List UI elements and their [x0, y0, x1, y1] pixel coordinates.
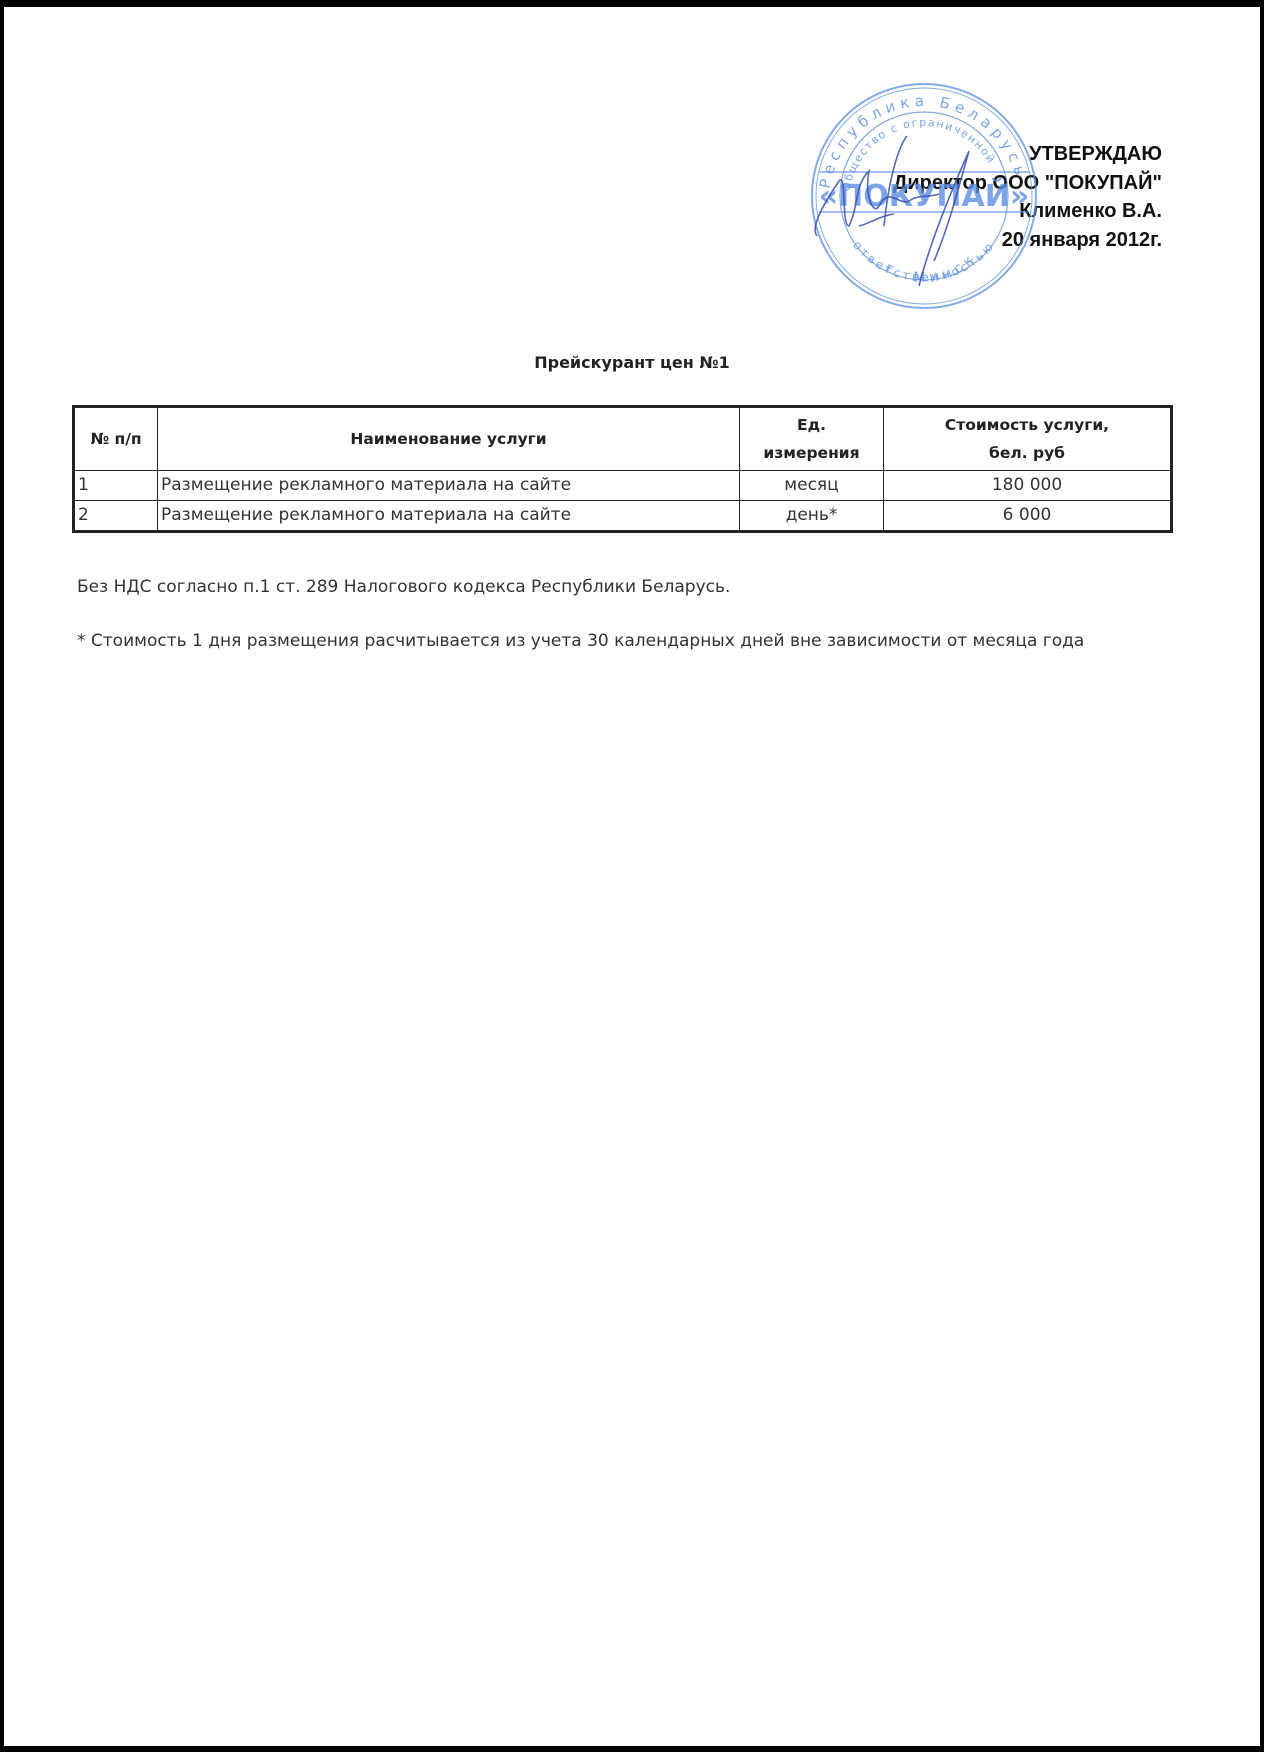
header-cost-line1: Стоимость услуги, [887, 411, 1167, 439]
vat-note: Без НДС согласно п.1 ст. 289 Налогового … [77, 572, 1177, 602]
table-header-row: № п/п Наименование услуги Ед. измерения … [74, 407, 1172, 471]
approval-date: 20 января 2012г. [893, 226, 1162, 255]
notes-section: Без НДС согласно п.1 ст. 289 Налогового … [77, 572, 1177, 680]
svg-text:г. Минск: г. Минск [882, 249, 981, 286]
table-row: 2 Размещение рекламного материала на сай… [74, 501, 1172, 532]
row-unit: день* [740, 501, 884, 532]
header-unit-line2: измерения [743, 439, 880, 467]
row-service-name: Размещение рекламного материала на сайте [158, 501, 740, 532]
row-number: 2 [74, 501, 158, 532]
header-unit: Ед. измерения [740, 407, 884, 471]
document-page: УТВЕРЖДАЮ Директор ООО "ПОКУПАЙ" Клименк… [4, 7, 1260, 1746]
approval-heading: УТВЕРЖДАЮ [893, 140, 1162, 169]
approval-block: УТВЕРЖДАЮ Директор ООО "ПОКУПАЙ" Клименк… [893, 140, 1162, 254]
table-row: 1 Размещение рекламного материала на сай… [74, 471, 1172, 501]
price-table: № п/п Наименование услуги Ед. измерения … [72, 405, 1173, 533]
approval-name: Клименко В.А. [893, 197, 1162, 226]
row-cost: 180 000 [884, 471, 1172, 501]
row-unit: месяц [740, 471, 884, 501]
row-cost: 6 000 [884, 501, 1172, 532]
footnote: * Стоимость 1 дня размещения расчитывает… [77, 626, 1177, 656]
row-number: 1 [74, 471, 158, 501]
header-number: № п/п [74, 407, 158, 471]
document-title: Прейскурант цен №1 [4, 353, 1260, 372]
header-service-name: Наименование услуги [158, 407, 740, 471]
row-service-name: Размещение рекламного материала на сайте [158, 471, 740, 501]
approval-position: Директор ООО "ПОКУПАЙ" [893, 169, 1162, 198]
header-cost: Стоимость услуги, бел. руб [884, 407, 1172, 471]
header-unit-line1: Ед. [743, 411, 880, 439]
header-cost-line2: бел. руб [887, 439, 1167, 467]
